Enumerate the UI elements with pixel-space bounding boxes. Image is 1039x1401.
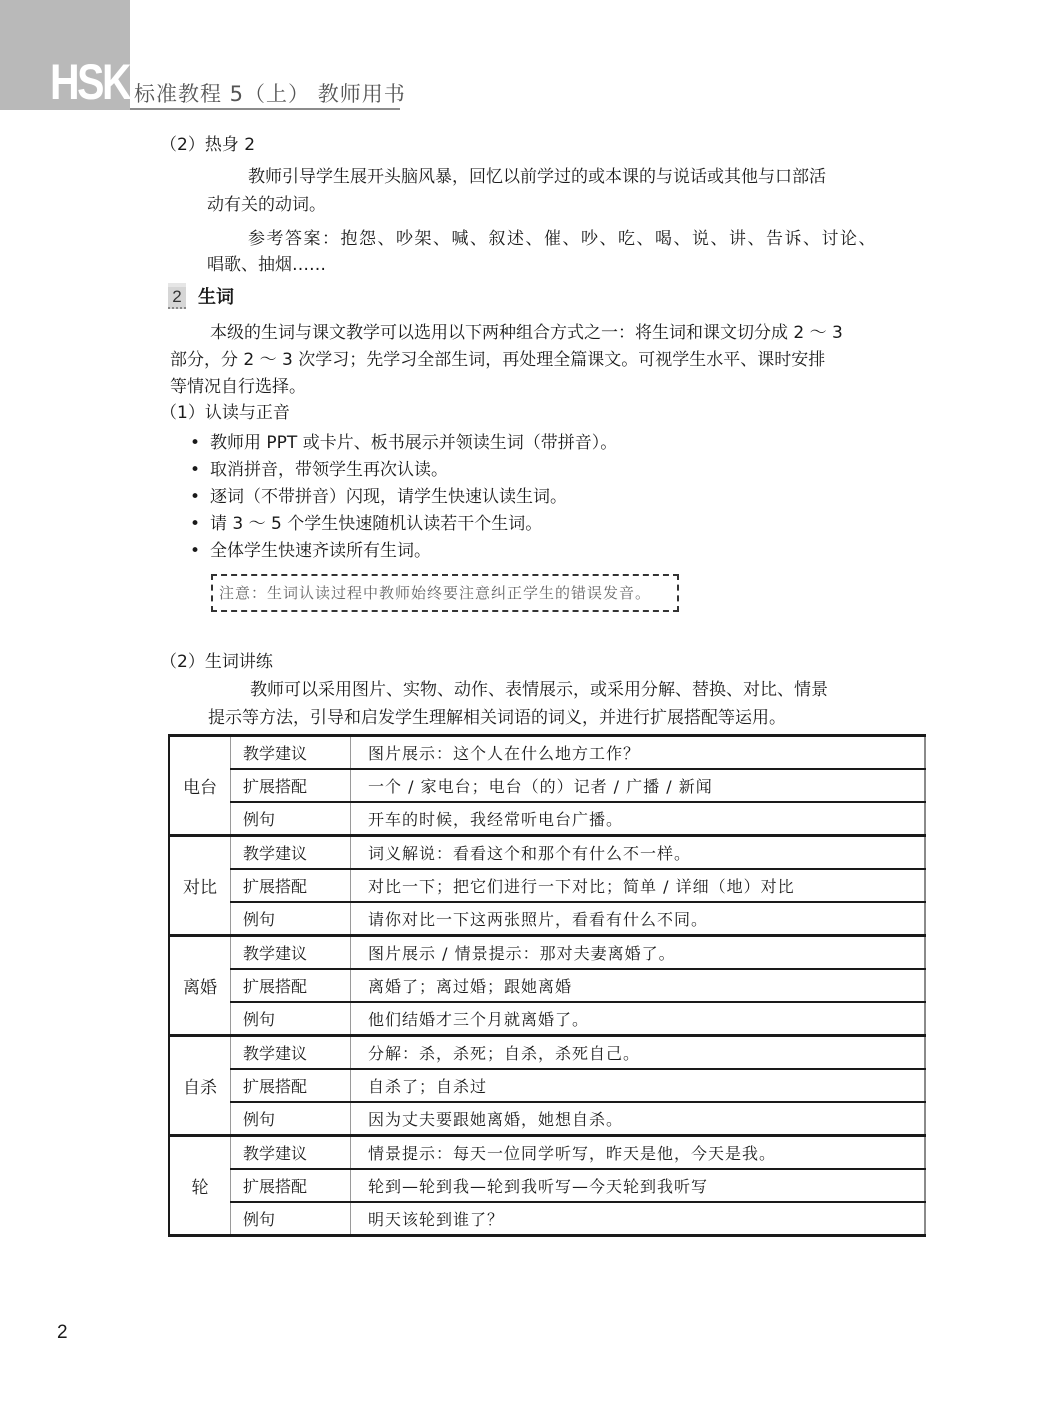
book-title: 标准教程 5（上） 教师用书	[134, 78, 406, 108]
vocab-word: 自杀	[169, 1036, 231, 1136]
row-kind: 例句	[231, 902, 351, 936]
row-kind: 教学建议	[231, 836, 351, 870]
section-title: 生词	[198, 283, 234, 309]
section-number-badge: 2	[168, 287, 186, 309]
warmup2-heading: （2）热身 2	[160, 130, 255, 160]
reading-heading: （1）认读与正音	[160, 398, 290, 428]
vocab-word: 对比	[169, 836, 231, 936]
list-item: •取消拼音，带领学生再次认读。	[190, 457, 617, 484]
row-content: 图片展示：这个人在什么地方工作？	[351, 736, 926, 770]
list-item: •逐词（不带拼音）闪现，请学生快速认读生词。	[190, 484, 617, 511]
table-row: 扩展搭配 离婚了；离过婚；跟她离婚	[169, 969, 925, 1002]
row-content: 对比一下；把它们进行一下对比；简单 / 详细（地）对比	[351, 869, 926, 902]
row-content: 明天该轮到谁了？	[351, 1202, 926, 1236]
row-content: 他们结婚才三个月就离婚了。	[351, 1002, 926, 1036]
row-content: 请你对比一下这两张照片，看看有什么不同。	[351, 902, 926, 936]
row-kind: 例句	[231, 802, 351, 836]
row-content: 离婚了；离过婚；跟她离婚	[351, 969, 926, 1002]
practice-heading: （2）生词讲练	[160, 647, 273, 677]
row-content: 一个 / 家电台；电台（的）记者 / 广播 / 新闻	[351, 769, 926, 802]
row-kind: 教学建议	[231, 1036, 351, 1070]
list-item: •请 3 ～ 5 个学生快速随机认读若干个生词。	[190, 511, 617, 538]
hsk-logo: HSK	[50, 52, 129, 112]
warmup2-answer-line1: 参考答案：抱怨、吵架、喊、叙述、催、吵、吃、喝、说、讲、告诉、讨论、	[248, 224, 877, 254]
table-row: 轮 教学建议 情景提示：每天一位同学听写，昨天是他，今天是我。	[169, 1136, 925, 1170]
row-kind: 扩展搭配	[231, 869, 351, 902]
page-number: 2	[57, 1322, 68, 1344]
table-row: 扩展搭配 对比一下；把它们进行一下对比；简单 / 详细（地）对比	[169, 869, 925, 902]
warmup2-answer-line2: 唱歌、抽烟……	[207, 250, 326, 280]
note-box: 注意：生词认读过程中教师始终要注意纠正学生的错误发音。	[211, 574, 679, 612]
list-item: •教师用 PPT 或卡片、板书展示并领读生词（带拼音）。	[190, 430, 617, 457]
row-kind: 教学建议	[231, 1136, 351, 1170]
row-kind: 扩展搭配	[231, 1069, 351, 1102]
header-rule	[130, 108, 400, 110]
table-row: 离婚 教学建议 图片展示 / 情景提示：那对夫妻离婚了。	[169, 936, 925, 970]
warmup2-para-line1: 教师引导学生展开头脑风暴，回忆以前学过的或本课的与说话或其他与口部活	[248, 162, 826, 192]
reading-steps-list: •教师用 PPT 或卡片、板书展示并领读生词（带拼音）。 •取消拼音，带领学生再…	[190, 430, 617, 565]
row-kind: 教学建议	[231, 736, 351, 770]
table-row: 扩展搭配 一个 / 家电台；电台（的）记者 / 广播 / 新闻	[169, 769, 925, 802]
row-content: 开车的时候，我经常听电台广播。	[351, 802, 926, 836]
vocab-word: 轮	[169, 1136, 231, 1236]
bullet-icon: •	[190, 430, 210, 457]
row-content: 因为丈夫要跟她离婚，她想自杀。	[351, 1102, 926, 1136]
table-row: 扩展搭配 自杀了；自杀过	[169, 1069, 925, 1102]
vocab-word: 电台	[169, 736, 231, 836]
row-kind: 扩展搭配	[231, 969, 351, 1002]
row-content: 图片展示 / 情景提示：那对夫妻离婚了。	[351, 936, 926, 970]
bullet-icon: •	[190, 457, 210, 484]
practice-para-line1: 教师可以采用图片、实物、动作、表情展示，或采用分解、替换、对比、情景	[250, 675, 828, 705]
table-row: 例句 因为丈夫要跟她离婚，她想自杀。	[169, 1102, 925, 1136]
warmup2-para-line2: 动有关的动词。	[207, 190, 326, 220]
row-kind: 扩展搭配	[231, 1169, 351, 1202]
list-item: •全体学生快速齐读所有生词。	[190, 538, 617, 565]
bullet-icon: •	[190, 484, 210, 511]
table-row: 电台 教学建议 图片展示：这个人在什么地方工作？	[169, 736, 925, 770]
row-kind: 例句	[231, 1002, 351, 1036]
bullet-icon: •	[190, 511, 210, 538]
practice-para-line2: 提示等方法，引导和启发学生理解相关词语的词义，并进行扩展搭配等运用。	[208, 703, 786, 733]
row-content: 分解：杀，杀死；自杀，杀死自己。	[351, 1036, 926, 1070]
row-kind: 例句	[231, 1102, 351, 1136]
section2-intro-line2: 部分，分 2 ～ 3 次学习；先学习全部生词，再处理全篇课文。可视学生水平、课时…	[170, 345, 825, 375]
section2-intro-line1: 本级的生词与课文教学可以选用以下两种组合方式之一：将生词和课文切分成 2 ～ 3	[210, 318, 843, 348]
vocab-table: 电台 教学建议 图片展示：这个人在什么地方工作？ 扩展搭配 一个 / 家电台；电…	[168, 734, 926, 1237]
table-row: 例句 明天该轮到谁了？	[169, 1202, 925, 1236]
row-kind: 例句	[231, 1202, 351, 1236]
table-row: 例句 开车的时候，我经常听电台广播。	[169, 802, 925, 836]
row-kind: 教学建议	[231, 936, 351, 970]
table-row: 例句 他们结婚才三个月就离婚了。	[169, 1002, 925, 1036]
table-row: 例句 请你对比一下这两张照片，看看有什么不同。	[169, 902, 925, 936]
bullet-icon: •	[190, 538, 210, 565]
row-content: 轮到—轮到我—轮到我听写—今天轮到我听写	[351, 1169, 926, 1202]
vocab-word: 离婚	[169, 936, 231, 1036]
table-row: 对比 教学建议 词义解说：看看这个和那个有什么不一样。	[169, 836, 925, 870]
table-row: 自杀 教学建议 分解：杀，杀死；自杀，杀死自己。	[169, 1036, 925, 1070]
row-content: 词义解说：看看这个和那个有什么不一样。	[351, 836, 926, 870]
row-content: 自杀了；自杀过	[351, 1069, 926, 1102]
table-row: 扩展搭配 轮到—轮到我—轮到我听写—今天轮到我听写	[169, 1169, 925, 1202]
row-kind: 扩展搭配	[231, 769, 351, 802]
row-content: 情景提示：每天一位同学听写，昨天是他，今天是我。	[351, 1136, 926, 1170]
